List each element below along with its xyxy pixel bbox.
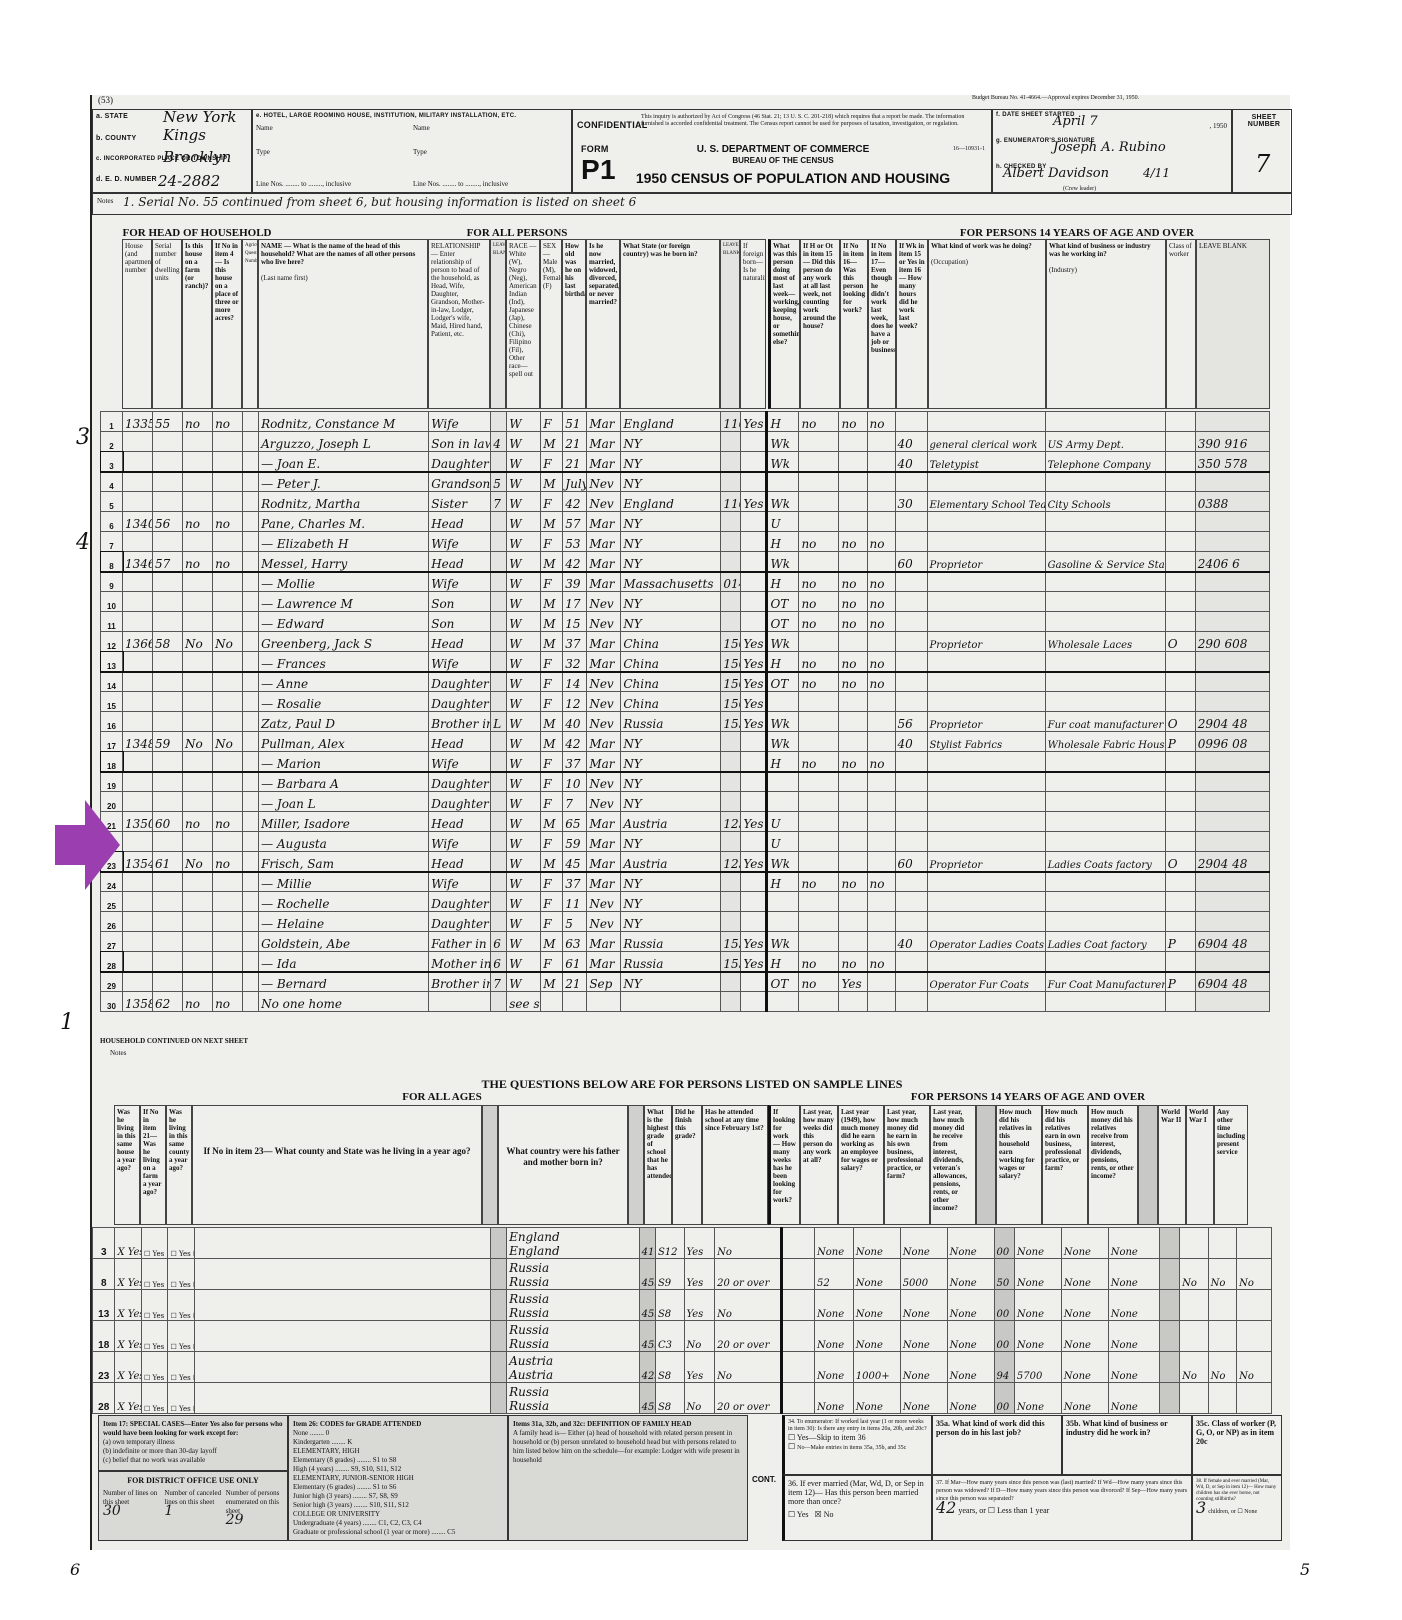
sample-cell-q21[interactable]: X Yes	[115, 1290, 142, 1321]
cell-race: W	[507, 932, 541, 952]
sample-cell-ww1[interactable]: No	[1208, 1352, 1237, 1383]
cell-acres	[213, 532, 243, 552]
family-head-text: A family head is— Either (a) head of hou…	[513, 1429, 743, 1465]
cell-class	[1165, 412, 1195, 432]
cell-industry	[1045, 512, 1165, 532]
cell-race: W	[507, 812, 541, 832]
date-value: April 7	[1053, 114, 1098, 129]
sample-cell-ww1[interactable]	[1208, 1321, 1237, 1352]
q37-text: 37. If Mar—How many years since this per…	[936, 1479, 1188, 1503]
cell-class: P	[1165, 732, 1195, 752]
cell-q18	[867, 992, 895, 1012]
hotel-type-label-1: Type	[256, 148, 270, 156]
cell-name: — Anne	[259, 672, 429, 692]
table-row: 30135862nonoNo one homesee sheet 72, lin…	[101, 992, 1270, 1012]
sample-cell-q32a: 5700	[1014, 1352, 1061, 1383]
notes2-label: Notes	[110, 1049, 126, 1057]
sample-cell-q32a: None	[1014, 1259, 1061, 1290]
sample-cell-finish[interactable]: No	[684, 1383, 715, 1414]
cell-hours	[895, 952, 927, 972]
col-q32b: How much did his relatives earn in own b…	[1042, 1105, 1088, 1225]
table-row: 7— Elizabeth HWifeWF53MarNYHnonono	[101, 532, 1270, 552]
cell-sex: F	[541, 792, 563, 812]
cell-sex: F	[541, 772, 563, 792]
grade-codes-list: None ........ 0Kindergarten ........ KEL…	[293, 1429, 503, 1537]
line-number: 14	[101, 672, 123, 692]
cell-a	[491, 892, 507, 912]
sample-cell-q31a: None	[853, 1228, 900, 1259]
cell-q16	[799, 812, 839, 832]
father-birthplace: Russia	[509, 1292, 637, 1306]
cell-class	[1165, 492, 1195, 512]
district-canceled-value: 1	[164, 1503, 173, 1519]
table-row: 19— Barbara ADaughterWF10NevNY	[101, 772, 1270, 792]
cell-hours: 40	[895, 452, 927, 472]
cell-q16	[799, 992, 839, 1012]
cell-a	[491, 692, 507, 712]
sample-cell-ww1[interactable]: No	[1208, 1259, 1237, 1290]
cell-acres: no	[213, 992, 243, 1012]
sample-cell-ww1[interactable]	[1208, 1290, 1237, 1321]
cell-rel: Son	[429, 592, 491, 612]
sample-cell-q31b: 5000	[900, 1259, 947, 1290]
cell-b: 150	[721, 652, 741, 672]
sheet-number-label: SHEET NUMBER	[1239, 114, 1289, 128]
q34-no-option[interactable]: ☐ No—Make entries in items 35a, 35b, and…	[788, 1442, 928, 1453]
cell-race: W	[507, 512, 541, 532]
cell-b	[721, 432, 741, 452]
cell-marital: Nev	[587, 692, 621, 712]
cell-race: W	[507, 832, 541, 852]
cell-occupation	[927, 812, 1045, 832]
sample-cell-parents: RussiaRussia	[507, 1321, 640, 1352]
col-industry-text: What kind of business or industry was he…	[1049, 242, 1151, 258]
cell-q16: no	[799, 872, 839, 892]
cell-q17	[839, 912, 867, 932]
cell-occupation	[927, 572, 1045, 592]
sample-cell-finish[interactable]: Yes	[684, 1352, 715, 1383]
cell-nat	[741, 452, 767, 472]
cell-birthplace: Russia	[621, 952, 721, 972]
cell-serial	[153, 672, 183, 692]
cell-acres	[213, 952, 243, 972]
cell-house	[123, 912, 153, 932]
cell-a	[491, 732, 507, 752]
line-number: 18	[101, 752, 123, 772]
cell-birthplace: NY	[621, 592, 721, 612]
district-office-box: FOR DISTRICT OFFICE USE ONLY Number of l…	[98, 1471, 288, 1541]
cell-serial	[153, 772, 183, 792]
cell-marital: Mar	[587, 432, 621, 452]
cell-class: P	[1165, 932, 1195, 952]
q36-yes-option[interactable]: ☐ Yes	[788, 1510, 809, 1519]
cell-race: W	[507, 612, 541, 632]
line-number: 16	[101, 712, 123, 732]
cell-class: O	[1165, 712, 1195, 732]
sample-cell-q22[interactable]: ☐ Yes ☐ No	[141, 1352, 168, 1383]
sample-cell-f: 94	[994, 1352, 1014, 1383]
sample-cell-ww2[interactable]	[1180, 1383, 1209, 1414]
sample-cell-q23[interactable]: ☐ Yes ☐ No	[168, 1290, 195, 1321]
cell-rel: Wife	[429, 652, 491, 672]
col-q22: If No in item 21— Was he living on a far…	[140, 1105, 166, 1225]
cell-age: 61	[563, 952, 587, 972]
cell-birthplace: NY	[621, 912, 721, 932]
cell-acres	[213, 432, 243, 452]
agriculture-cell	[243, 832, 259, 852]
cell-hours: 60	[895, 852, 927, 872]
ed-label: d. E. D. NUMBER	[96, 176, 157, 183]
cell-birthplace: China	[621, 632, 721, 652]
cell-house	[123, 592, 153, 612]
father-birthplace: Russia	[509, 1323, 637, 1337]
cell-class: O	[1165, 852, 1195, 872]
cell-name: Pane, Charles M.	[259, 512, 429, 532]
cell-b	[721, 912, 741, 932]
cell-acres: No	[213, 632, 243, 652]
cell-nat	[741, 732, 767, 752]
cell-house	[123, 432, 153, 452]
cell-activity: Wk	[767, 712, 799, 732]
cell-q16: no	[799, 572, 839, 592]
table-row: 9— MollieWifeWF39MarMassachusetts014Hnon…	[101, 572, 1270, 592]
cell-farm	[183, 792, 213, 812]
sample-cell-county	[194, 1383, 490, 1414]
sample-cell-other[interactable]	[1237, 1383, 1272, 1414]
col-leave-blank-a: LEAVE BLANK	[490, 239, 506, 409]
cell-q18	[867, 712, 895, 732]
cell-farm	[183, 712, 213, 732]
cell-name: — Augusta	[259, 832, 429, 852]
col-q33c: Any other time including present service	[1214, 1105, 1248, 1225]
state-label: a. STATE	[96, 113, 128, 120]
family-head-title: Items 31a, 32b, and 32c: DEFINITION OF F…	[513, 1420, 743, 1429]
sample-cell-q22[interactable]: ☐ Yes ☐ No	[141, 1290, 168, 1321]
sample-cell-attended[interactable]: No	[715, 1352, 782, 1383]
hotel-label: e. HOTEL, LARGE ROOMING HOUSE, INSTITUTI…	[256, 113, 516, 119]
cell-sex: M	[541, 972, 563, 992]
date-year: , 1950	[1210, 122, 1228, 130]
q34-box: 34. To enumerator: If worked last year (…	[782, 1415, 932, 1475]
cell-serial: 58	[153, 632, 183, 652]
sample-cell-q23[interactable]: ☐ Yes ☐ No	[168, 1383, 195, 1414]
agriculture-cell	[243, 912, 259, 932]
cell-rel: Daughter	[429, 692, 491, 712]
cell-occupation	[927, 592, 1045, 612]
cell-q16: no	[799, 752, 839, 772]
cell-birthplace: Austria	[621, 812, 721, 832]
cell-age: 39	[563, 572, 587, 592]
cell-age: 40	[563, 712, 587, 732]
cell-serial	[153, 432, 183, 452]
sample-cell-parents: RussiaRussia	[507, 1383, 640, 1414]
cell-q16	[799, 712, 839, 732]
cell-occupation	[927, 532, 1045, 552]
table-row: 20— Joan LDaughterWF7NevNY	[101, 792, 1270, 812]
cell-b	[721, 552, 741, 572]
sample-cell-county	[194, 1352, 490, 1383]
sample-cell-q21[interactable]: X Yes	[115, 1259, 142, 1290]
cell-acres	[213, 592, 243, 612]
cell-q18	[867, 852, 895, 872]
cell-name: Arguzzo, Joseph L	[259, 432, 429, 452]
cell-q18	[867, 812, 895, 832]
line-number: 17	[101, 732, 123, 752]
col-q31a: Last year (1949), how much money did he …	[838, 1105, 884, 1225]
cell-house	[123, 832, 153, 852]
enumerator-block: f. DATE SHEET STARTED April 7 , 1950 g. …	[992, 109, 1232, 193]
sample-cell-q22[interactable]: ☐ Yes ☐ No	[141, 1259, 168, 1290]
q38-box: 38. If female and ever married (Mar, Wd,…	[1192, 1475, 1282, 1541]
cell-marital: Mar	[587, 852, 621, 872]
cell-q18: no	[867, 612, 895, 632]
grade-codes-title: Item 26: CODES for GRADE ATTENDED	[293, 1420, 503, 1429]
sheet-number-block: SHEET NUMBER 7	[1232, 109, 1292, 193]
cell-q18: no	[867, 752, 895, 772]
cell-activity: U	[767, 512, 799, 532]
cell-industry	[1045, 772, 1165, 792]
grade-code-item: Undergraduate (4 years) ........ C1, C2,…	[293, 1519, 503, 1528]
sample-cell-q32c: None	[1108, 1259, 1159, 1290]
q34-yes-option[interactable]: ☐ Yes—Skip to item 36	[788, 1433, 928, 1442]
cell-serial	[153, 692, 183, 712]
col-marital: Is he now married, widowed, divorced, se…	[586, 239, 620, 409]
sample-cell-attended[interactable]: 20 or over	[715, 1383, 782, 1414]
sample-cell-weeks30: None	[815, 1228, 854, 1259]
cell-hours: 40	[895, 432, 927, 452]
sample-cell-weeks30: None	[815, 1290, 854, 1321]
cell-nat: Yes	[741, 672, 767, 692]
cell-hours: 60	[895, 552, 927, 572]
sample-cell-ww2[interactable]	[1180, 1321, 1209, 1352]
cell-industry: Wholesale Laces	[1045, 632, 1165, 652]
line-number: 25	[101, 892, 123, 912]
cell-name: — Bernard	[259, 972, 429, 992]
sample-cell-ww1[interactable]	[1208, 1228, 1237, 1259]
col-leave-blank-b: LEAVE BLANK	[720, 239, 740, 409]
family-head-box: Items 31a, 32b, and 32c: DEFINITION OF F…	[508, 1415, 748, 1541]
sample-cell-e: 455	[639, 1321, 655, 1352]
sample-cell-q21[interactable]: X Yes	[115, 1228, 142, 1259]
cell-hours	[895, 672, 927, 692]
sample-cell-q23[interactable]: ☐ Yes ☐ No	[168, 1352, 195, 1383]
cell-c: 290 608	[1195, 632, 1269, 652]
sample-cell-q31c: None	[947, 1228, 994, 1259]
sample-cell-attended[interactable]: 20 or over	[715, 1321, 782, 1352]
cell-b	[721, 832, 741, 852]
cell-rel: Wife	[429, 832, 491, 852]
grade-code-item: None ........ 0	[293, 1429, 503, 1438]
sample-cell-ww2[interactable]: No	[1180, 1352, 1209, 1383]
cell-nat	[741, 432, 767, 452]
cell-c	[1195, 792, 1269, 812]
cell-age: 21	[563, 452, 587, 472]
cell-rel: Daughter	[429, 892, 491, 912]
sample-cell-ww2[interactable]: No	[1180, 1259, 1209, 1290]
cell-c	[1195, 912, 1269, 932]
cell-c: 350 578	[1195, 452, 1269, 472]
sample-cell-finish[interactable]: Yes	[684, 1259, 715, 1290]
cell-c	[1195, 572, 1269, 592]
cell-activity	[767, 772, 799, 792]
cell-q17: no	[839, 872, 867, 892]
sample-cell-attended[interactable]: 20 or over	[715, 1259, 782, 1290]
cell-race: W	[507, 452, 541, 472]
cell-nat	[741, 772, 767, 792]
cell-marital: Nev	[587, 792, 621, 812]
cell-c	[1195, 612, 1269, 632]
cell-age: 65	[563, 812, 587, 832]
cell-rel: Daughter	[429, 772, 491, 792]
sample-cell-finish[interactable]: Yes	[684, 1290, 715, 1321]
sample-cell-q23[interactable]: ☐ Yes ☐ No	[168, 1259, 195, 1290]
cell-acres	[213, 772, 243, 792]
sample-cell-q23[interactable]: ☐ Yes ☐ No	[168, 1321, 195, 1352]
table-row: 3— Joan E.DaughterWF21MarNYWk40Teletypis…	[101, 452, 1270, 472]
cell-q18: no	[867, 572, 895, 592]
hotel-block: e. HOTEL, LARGE ROOMING HOUSE, INSTITUTI…	[252, 109, 572, 193]
cell-age	[563, 992, 587, 1012]
cell-a	[491, 852, 507, 872]
sample-cell-attended[interactable]: No	[715, 1228, 782, 1259]
sample-cell-parents: EnglandEngland	[507, 1228, 640, 1259]
cell-age: 42	[563, 732, 587, 752]
sample-cell-q23[interactable]: ☐ Yes ☐ No	[168, 1228, 195, 1259]
cell-class	[1165, 832, 1195, 852]
cell-birthplace: NY	[621, 432, 721, 452]
sample-cell-ww1[interactable]	[1208, 1383, 1237, 1414]
sample-cell-q22[interactable]: ☐ Yes ☐ No	[141, 1228, 168, 1259]
cell-q16	[799, 492, 839, 512]
table-row: 27Goldstein, AbeFather in law6WM63MarRus…	[101, 932, 1270, 952]
cell-a	[491, 672, 507, 692]
sample-cell-ww2[interactable]	[1180, 1228, 1209, 1259]
cell-name: — Millie	[259, 872, 429, 892]
sample-cell-other[interactable]	[1237, 1228, 1272, 1259]
sample-cell-finish[interactable]: No	[684, 1321, 715, 1352]
census-sheet: (53) Budget Bureau No. 41-4664.—Approval…	[90, 95, 1290, 1550]
q36-no-option[interactable]: ☒ No	[815, 1510, 834, 1519]
cell-industry	[1045, 692, 1165, 712]
sample-cell-ww2[interactable]	[1180, 1290, 1209, 1321]
cell-birthplace: NY	[621, 892, 721, 912]
cell-age: 32	[563, 652, 587, 672]
sample-cell-q21[interactable]: X Yes	[115, 1321, 142, 1352]
cell-marital: Nev	[587, 912, 621, 932]
cell-sex: F	[541, 492, 563, 512]
cell-b	[721, 732, 741, 752]
cell-industry	[1045, 812, 1165, 832]
cell-q17: no	[839, 612, 867, 632]
cell-nat	[741, 592, 767, 612]
cell-industry	[1045, 792, 1165, 812]
cell-occupation: Proprietor	[927, 712, 1045, 732]
cell-marital: Mar	[587, 572, 621, 592]
q36-box: 36. If ever married (Mar, Wd, D, or Sep …	[782, 1475, 932, 1541]
cell-house: 1335	[123, 412, 153, 432]
cell-q18	[867, 912, 895, 932]
cell-age: 5	[563, 912, 587, 932]
sample-cell-finish[interactable]: Yes	[684, 1228, 715, 1259]
cell-name: — Helaine	[259, 912, 429, 932]
cell-b: 014	[721, 572, 741, 592]
cell-class	[1165, 672, 1195, 692]
title-block: CONFIDENTIAL This inquiry is authorized …	[572, 109, 992, 193]
cell-occupation	[927, 832, 1045, 852]
sample-cell-other[interactable]	[1237, 1321, 1272, 1352]
q34-no-label: No—Make entries in items 35a, 35b, and 3…	[797, 1445, 906, 1451]
sample-cell-q21[interactable]: X Yes	[115, 1383, 142, 1414]
cell-nat: Yes	[741, 632, 767, 652]
col-q33a: World War II	[1158, 1105, 1186, 1225]
cell-a: 5	[491, 472, 507, 492]
cell-industry: Ladies Coat factory	[1045, 932, 1165, 952]
father-birthplace: Russia	[509, 1385, 637, 1399]
cell-farm	[183, 492, 213, 512]
cell-q18: no	[867, 592, 895, 612]
cell-sex: F	[541, 452, 563, 472]
col-sex: SEX — Male (M), Female (F)	[540, 239, 562, 409]
cell-activity: H	[767, 532, 799, 552]
col-leave-blank-f	[976, 1105, 996, 1225]
margin-mark-3: 3	[76, 425, 90, 450]
col-relationship: RELATIONSHIP — Enter relationship of per…	[428, 239, 490, 409]
sample-cell-q32b: None	[1061, 1321, 1108, 1352]
sample-cell-q21[interactable]: X Yes	[115, 1352, 142, 1383]
sample-cell-grade: S8	[655, 1383, 684, 1414]
cell-nat: Yes	[741, 812, 767, 832]
sample-cell-other[interactable]: No	[1237, 1352, 1272, 1383]
cell-acres	[213, 612, 243, 632]
cell-rel: Wife	[429, 572, 491, 592]
sample-cell-q32c: None	[1108, 1352, 1159, 1383]
cell-q17	[839, 432, 867, 452]
cell-acres	[213, 572, 243, 592]
col-age: How old was he on his last birthday?	[562, 239, 586, 409]
cell-race: W	[507, 852, 541, 872]
cell-q16: no	[799, 952, 839, 972]
cell-sex: F	[541, 412, 563, 432]
sample-cell-q22[interactable]: ☐ Yes ☐ No	[141, 1321, 168, 1352]
table-row: 5Rodnitz, MarthaSister7WF42NevEngland110…	[101, 492, 1270, 512]
cell-acres	[213, 492, 243, 512]
sample-cell-q29	[782, 1259, 815, 1290]
sample-cell-attended[interactable]: No	[715, 1290, 782, 1321]
cell-sex	[541, 992, 563, 1012]
cell-serial	[153, 832, 183, 852]
cell-farm	[183, 972, 213, 992]
q36-yes-label: Yes	[797, 1510, 809, 1519]
cell-b	[721, 992, 741, 1012]
sample-cell-other[interactable]: No	[1237, 1259, 1272, 1290]
agriculture-cell	[243, 932, 259, 952]
sample-cell-q31a: None	[853, 1383, 900, 1414]
sample-cell-q22[interactable]: ☐ Yes ☐ No	[141, 1383, 168, 1414]
sample-cell-other[interactable]	[1237, 1290, 1272, 1321]
cell-activity: H	[767, 652, 799, 672]
sample-cell-f: 00	[994, 1321, 1014, 1352]
cell-name: — Mollie	[259, 572, 429, 592]
cell-birthplace: NY	[621, 972, 721, 992]
cell-activity: Wk	[767, 632, 799, 652]
sample-cell-e: 455	[639, 1290, 655, 1321]
cell-q18	[867, 832, 895, 852]
line-number: 27	[101, 932, 123, 952]
cell-q17: no	[839, 752, 867, 772]
ed-value: 24-2882	[158, 172, 220, 190]
cell-c	[1195, 772, 1269, 792]
cell-activity: Wk	[767, 932, 799, 952]
